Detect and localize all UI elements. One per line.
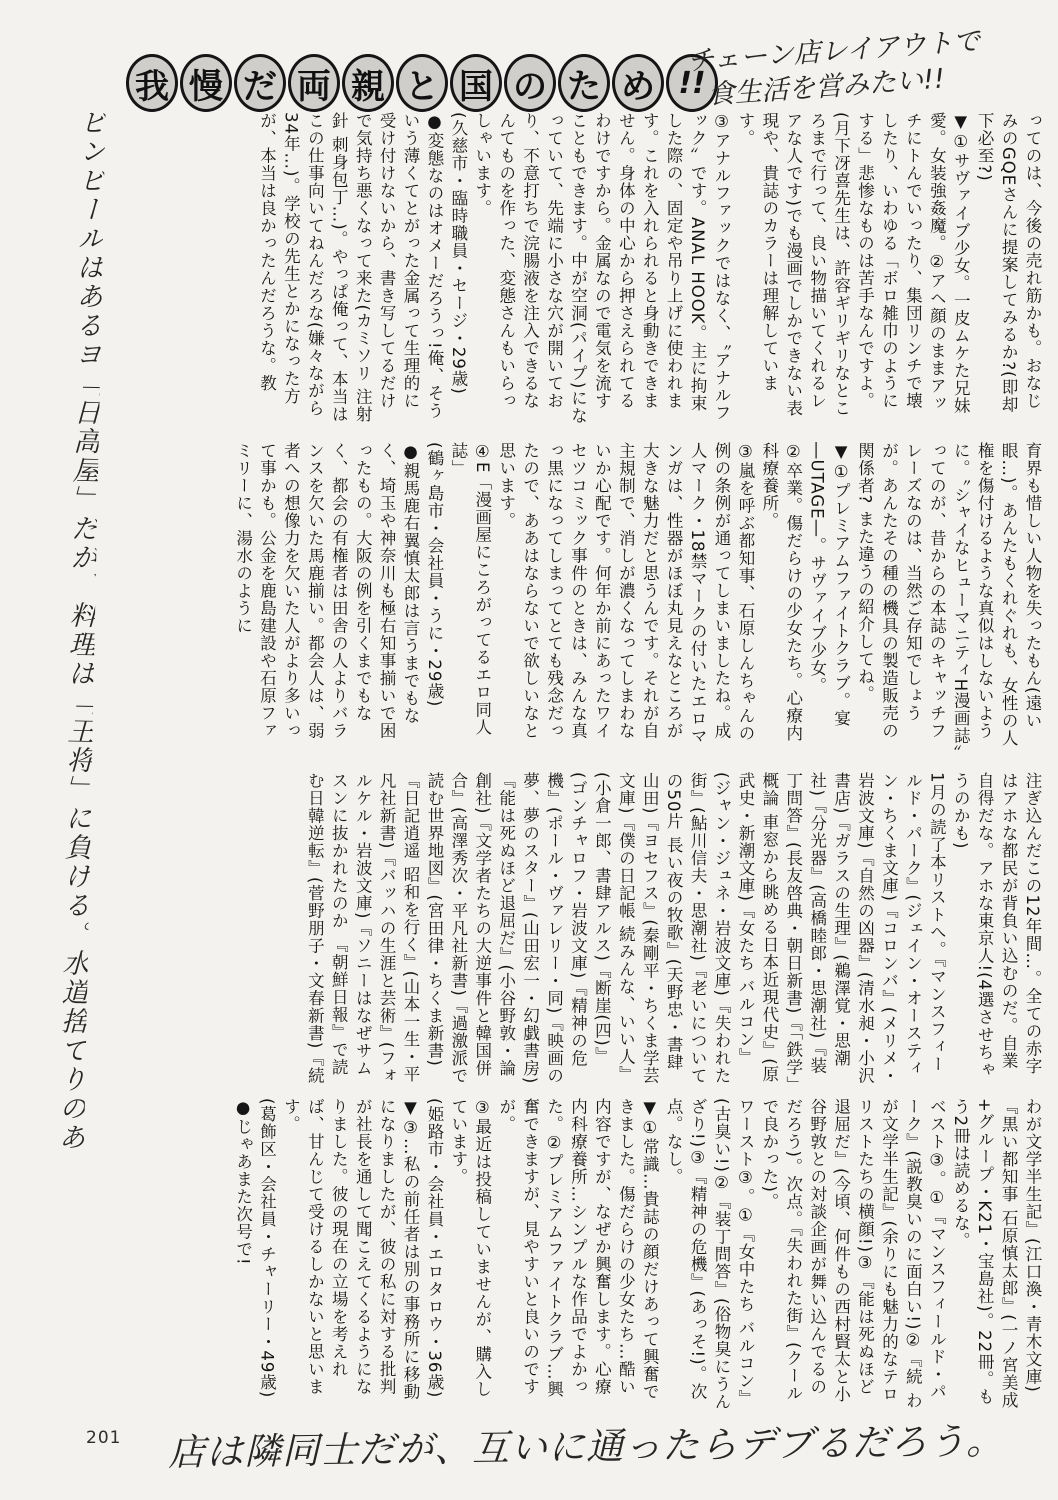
title-char: 我	[126, 54, 178, 112]
title-char: め	[612, 54, 664, 112]
title-char: の	[504, 54, 556, 112]
page-number: 201	[86, 1428, 121, 1448]
page-title: 我 慢 だ 両 親 と 国 の た め !!	[126, 54, 718, 112]
title-char: と	[396, 54, 448, 112]
title-char: 親	[342, 54, 394, 112]
letters-column-band-3: 注ぎ込んだこの12年間…。全ての赤字はアホな都民が背負い込むのだ。自業自得だな。…	[128, 772, 1044, 1086]
handwritten-note-bottom: 店は隣同士だが、互いに通ったらデブるだろう。	[168, 1410, 1049, 1476]
title-char: 両	[288, 54, 340, 112]
title-char: た	[558, 54, 610, 112]
title-char: 慢	[180, 54, 232, 112]
letters-column-band-1: ってのは、今後の売れ筋かも。おなじみのGQEさんに提案してみるか?(即却下必至?…	[128, 112, 1044, 426]
letters-column-band-4: わが文学半生記』(江口渙・青木文庫)『黒い都知事 石原慎太郎』(一ノ宮美成+グル…	[128, 1098, 1044, 1412]
title-char: 国	[450, 54, 502, 112]
letters-column-band-2: 育界も惜しい人物を失ったもん(遠い眼…)。あんたもくれぐれも、女性の人権を傷付け…	[128, 442, 1044, 756]
handwritten-note-left-margin: ビンビールはあるヨ「日高屋」だが、料理は「王将」に負ける。水道捨てりのあ	[48, 108, 105, 1408]
magazine-page: 我 慢 だ 両 親 と 国 の た め !! チェーン店レイアウトで 食生活を営…	[0, 0, 1058, 1500]
title-char: だ	[234, 54, 286, 112]
handwritten-note-top-right: チェーン店レイアウトで 食生活を営みたい!!	[686, 20, 1040, 114]
